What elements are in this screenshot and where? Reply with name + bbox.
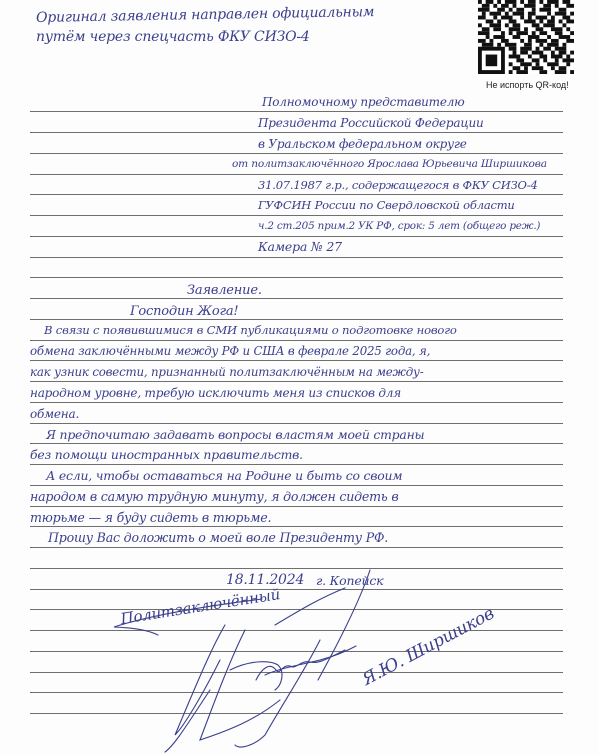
addressee-line: Президента Российской Федерации bbox=[258, 117, 484, 129]
rule-line bbox=[30, 194, 563, 195]
rule-line bbox=[30, 443, 563, 444]
rule-line bbox=[30, 132, 563, 133]
date: 18.11.2024 bbox=[226, 573, 304, 587]
signer-title: Политзаключённый bbox=[120, 587, 281, 627]
rule-line bbox=[30, 257, 563, 258]
addressee-line: от политзаключённого Ярослава Юрьевича Ш… bbox=[232, 159, 547, 170]
body-line: тюрьме — я буду сидеть в тюрьме. bbox=[30, 512, 271, 525]
rule-line bbox=[30, 215, 563, 216]
place: г. Копейск bbox=[316, 575, 383, 588]
rule-line bbox=[30, 319, 563, 320]
qr-code bbox=[478, 0, 576, 76]
body-line: обмена заключёнными между РФ и США в фев… bbox=[30, 346, 430, 358]
rule-line bbox=[30, 174, 563, 175]
qr-code-icon bbox=[478, 0, 574, 74]
rule-line bbox=[30, 277, 563, 278]
qr-caption: Не испорть QR-код! bbox=[486, 80, 569, 90]
addressee-line: ГУФСИН России по Свердловской области bbox=[258, 200, 515, 212]
rule-line bbox=[30, 381, 563, 382]
body-line: А если, чтобы оставаться на Родине и быт… bbox=[46, 470, 402, 482]
body-line: обмена. bbox=[30, 408, 79, 420]
rule-line bbox=[30, 485, 563, 486]
rule-line bbox=[30, 236, 563, 237]
body-line: как узник совести, признанный политзаклю… bbox=[30, 367, 423, 379]
rule-line bbox=[30, 298, 563, 299]
body-line: Прошу Вас доложить о моей воле Президент… bbox=[48, 532, 388, 545]
rule-line bbox=[30, 506, 563, 507]
handwritten-document-page: Не испорть QR-код! Оригинал заявле bbox=[0, 0, 599, 755]
document-title: Заявление. bbox=[187, 284, 262, 297]
body-line: Я предпочитаю задавать вопросы властям м… bbox=[46, 429, 424, 441]
rule-line bbox=[30, 713, 563, 714]
rule-line bbox=[30, 547, 563, 548]
rule-line bbox=[30, 568, 563, 569]
body-line: народом в самую трудную минуту, я должен… bbox=[30, 491, 399, 504]
rule-line bbox=[30, 111, 563, 112]
rule-line bbox=[30, 423, 563, 424]
rule-line bbox=[30, 526, 563, 527]
addressee-line: 31.07.1987 г.р., содержащегося в ФКУ СИЗ… bbox=[258, 180, 538, 192]
body-line: В связи с появившимися в СМИ публикациям… bbox=[44, 325, 457, 337]
rule-line bbox=[30, 589, 563, 590]
signer-name: Я.Ю. Ширшиков bbox=[360, 605, 497, 689]
header-note-line-2: путём через спецчасть ФКУ СИЗО-4 bbox=[36, 30, 310, 44]
rule-line bbox=[30, 672, 563, 673]
rule-line bbox=[30, 464, 563, 465]
body-line: без помощи иностранных правительств. bbox=[30, 449, 303, 461]
rule-line bbox=[30, 340, 563, 341]
body-line: народном уровне, требую исключить меня и… bbox=[30, 387, 401, 399]
rule-line bbox=[30, 692, 563, 693]
addressee-line: Полномочному представителю bbox=[262, 96, 465, 108]
rule-line bbox=[30, 402, 563, 403]
salutation: Господин Жога! bbox=[130, 305, 238, 318]
addressee-line: Камера № 27 bbox=[258, 241, 342, 254]
rule-line bbox=[30, 153, 563, 154]
rule-line bbox=[30, 651, 563, 652]
rule-line bbox=[30, 630, 563, 631]
rule-line bbox=[30, 360, 563, 361]
addressee-line: в Уральском федеральном округе bbox=[258, 138, 467, 150]
header-note-line-1: Оригинал заявления направлен официальным bbox=[36, 5, 374, 25]
addressee-line: ч.2 ст.205 прим.2 УК РФ, срок: 5 лет (об… bbox=[258, 221, 540, 231]
